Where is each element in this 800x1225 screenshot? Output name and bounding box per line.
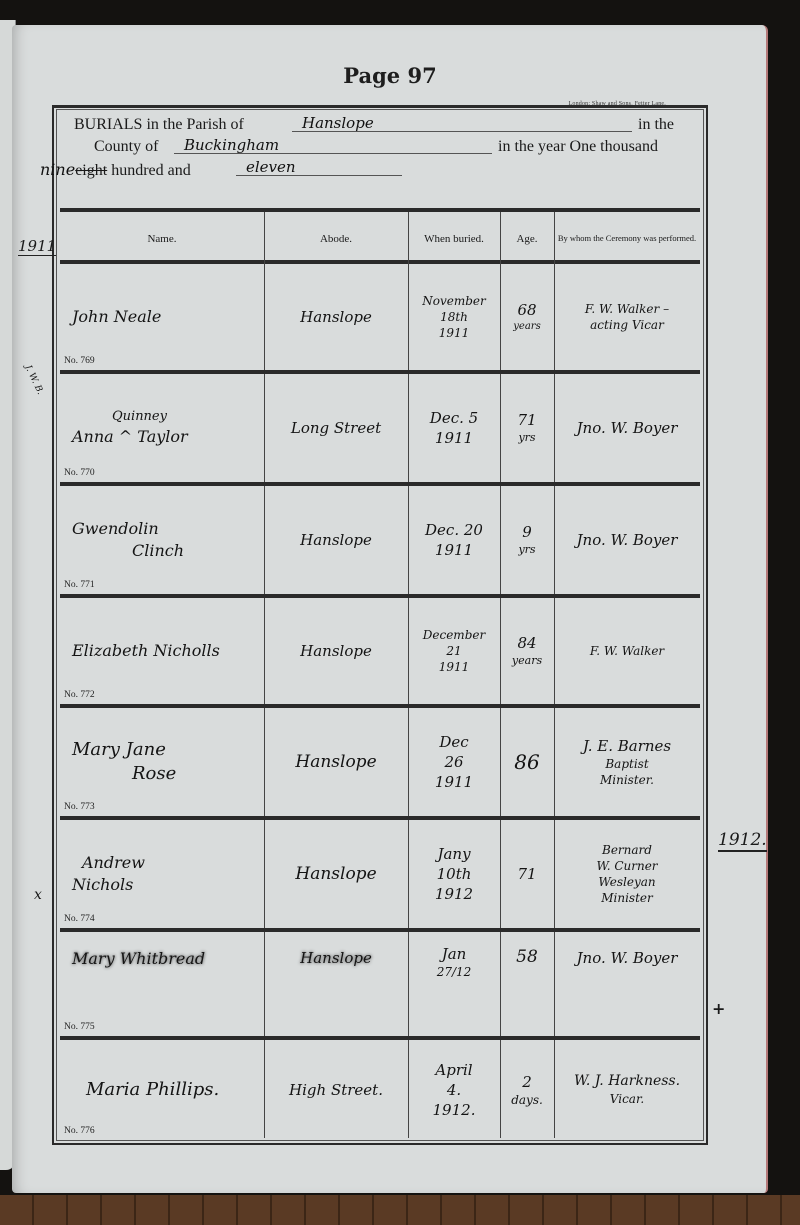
entry-name: John Neale bbox=[60, 264, 264, 370]
column-header-officiant: By whom the Ceremony was performed. bbox=[554, 216, 700, 262]
entry-age: 9yrs bbox=[500, 486, 554, 594]
century-struck: eight bbox=[75, 162, 107, 179]
entry-when-buried: Jan27/12 bbox=[408, 932, 500, 1036]
county-field: Buckingham bbox=[174, 136, 492, 154]
entry-age: 84years bbox=[500, 598, 554, 704]
entry-number: No. 775 bbox=[64, 1022, 95, 1032]
entry-officiant: F. W. Walker –acting Vicar bbox=[554, 264, 700, 370]
column-header-when-buried: When buried. bbox=[408, 216, 500, 262]
entry-age: 58 bbox=[500, 932, 554, 1036]
entry-when-buried: Dec. 201911 bbox=[408, 486, 500, 594]
burial-entry: John Neale No. 769 Hanslope November18th… bbox=[60, 264, 700, 370]
entry-officiant: F. W. Walker bbox=[554, 598, 700, 704]
burial-register-form: BURIALS in the Parish of Hanslope in the… bbox=[52, 105, 708, 1145]
entry-name: AndrewNichols bbox=[60, 820, 264, 928]
entry-number: No. 774 bbox=[64, 914, 95, 924]
margin-cross-right: + bbox=[712, 999, 725, 1018]
entry-when-buried: Dec261911 bbox=[408, 708, 500, 816]
entry-officiant: J. E. BarnesBaptistMinister. bbox=[554, 708, 700, 816]
entry-abode: Hanslope bbox=[264, 598, 408, 704]
entry-officiant: W. J. Harkness.Vicar. bbox=[554, 1040, 700, 1140]
entry-when-buried: Jany10th1912 bbox=[408, 820, 500, 928]
burial-entry: QuinneyAnna ^ Taylor No. 770 Long Street… bbox=[60, 374, 700, 482]
entry-abode: Hanslope bbox=[264, 708, 408, 816]
entry-name: Maria Phillips. bbox=[60, 1040, 264, 1140]
header-line-parish: BURIALS in the Parish of bbox=[74, 116, 244, 134]
margin-cross-left: x bbox=[34, 887, 42, 903]
entry-age: 71yrs bbox=[500, 374, 554, 482]
parish-field: Hanslope bbox=[292, 114, 632, 132]
margin-year-1912: 1912. bbox=[718, 830, 767, 852]
entry-when-buried: November18th1911 bbox=[408, 264, 500, 370]
burial-entry: Mary JaneRose No. 773 Hanslope Dec261911… bbox=[60, 708, 700, 816]
burial-entry: AndrewNichols No. 774 Hanslope Jany10th1… bbox=[60, 820, 700, 928]
header-suffix-1: in the bbox=[638, 116, 674, 134]
entry-abode: Hanslope bbox=[264, 264, 408, 370]
entry-name: GwendolinClinch bbox=[60, 486, 264, 594]
column-header-age: Age. bbox=[500, 216, 554, 262]
year-field: eleven bbox=[236, 158, 402, 176]
entry-abode: Hanslope bbox=[264, 820, 408, 928]
book-edge bbox=[0, 1195, 800, 1225]
entry-number: No. 776 bbox=[64, 1126, 95, 1136]
burial-entry: Elizabeth Nicholls No. 772 Hanslope Dece… bbox=[60, 598, 700, 704]
entry-officiant: Jno. W. Boyer bbox=[554, 932, 700, 1036]
header-suffix-2: in the year One thousand bbox=[498, 138, 658, 156]
entry-number: No. 770 bbox=[64, 468, 95, 478]
burial-entry: Mary Whitbread No. 775 Hanslope Jan27/12… bbox=[60, 932, 700, 1036]
entry-officiant: BernardW. CurnerWesleyanMinister bbox=[554, 820, 700, 928]
entry-number: No. 771 bbox=[64, 580, 95, 590]
entry-name: Elizabeth Nicholls bbox=[60, 598, 264, 704]
page-number: Page 97 bbox=[12, 63, 768, 88]
entry-officiant: Jno. W. Boyer bbox=[554, 374, 700, 482]
burial-entry: GwendolinClinch No. 771 Hanslope Dec. 20… bbox=[60, 486, 700, 594]
entry-number: No. 769 bbox=[64, 356, 95, 366]
header-line-year: nineeight hundred and bbox=[40, 160, 191, 180]
rule bbox=[60, 208, 700, 212]
entry-abode: High Street. bbox=[264, 1040, 408, 1140]
entry-number: No. 773 bbox=[64, 802, 95, 812]
century-correction: nine bbox=[40, 160, 75, 179]
column-header-name: Name. bbox=[60, 216, 264, 262]
register-page: Page 97 London: Shaw and Sons, Fetter La… bbox=[12, 25, 768, 1193]
entry-abode: Long Street bbox=[264, 374, 408, 482]
entry-number: No. 772 bbox=[64, 690, 95, 700]
entry-age: 68years bbox=[500, 264, 554, 370]
entry-name: QuinneyAnna ^ Taylor bbox=[60, 374, 264, 482]
entry-age: 86 bbox=[500, 708, 554, 816]
entry-abode: Hanslope bbox=[264, 486, 408, 594]
entry-name: Mary Whitbread bbox=[60, 932, 264, 1036]
entry-age: 71 bbox=[500, 820, 554, 928]
entry-when-buried: April4.1912. bbox=[408, 1040, 500, 1140]
margin-initials: J. W. B. bbox=[23, 364, 45, 397]
entry-when-buried: December211911 bbox=[408, 598, 500, 704]
entry-officiant: Jno. W. Boyer bbox=[554, 486, 700, 594]
header-line-county: County of bbox=[94, 138, 158, 156]
column-header-abode: Abode. bbox=[264, 216, 408, 262]
entry-age: 2days. bbox=[500, 1040, 554, 1140]
entry-when-buried: Dec. 51911 bbox=[408, 374, 500, 482]
entry-abode: Hanslope bbox=[264, 932, 408, 1036]
margin-year-1911: 1911 bbox=[18, 237, 56, 256]
entry-name: Mary JaneRose bbox=[60, 708, 264, 816]
burial-entry: Maria Phillips. No. 776 High Street. Apr… bbox=[60, 1040, 700, 1140]
